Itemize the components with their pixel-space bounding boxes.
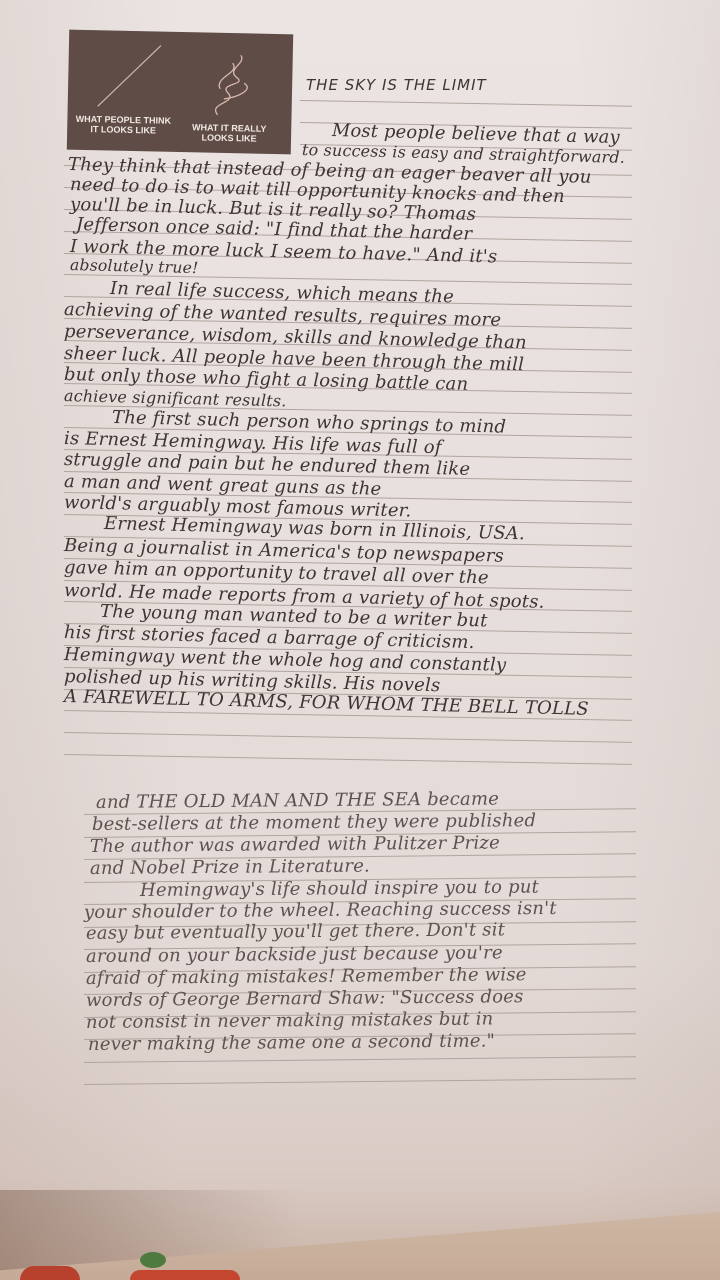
handwritten-line: Hemingway's life should inspire you to p…	[140, 877, 539, 901]
fruit-leaf	[140, 1252, 166, 1268]
infographic-caption-expectation: WHAT PEOPLE THINK IT LOOKS LIKE	[73, 114, 173, 136]
handwritten-line: not consist in never making mistakes but…	[86, 1008, 494, 1033]
fruit	[20, 1266, 80, 1280]
handwritten-line: around on your backside just because you…	[86, 942, 503, 967]
handwritten-line: The author was awarded with Pulitzer Pri…	[90, 832, 500, 857]
handwritten-line: easy but eventually you'll get there. Do…	[86, 919, 505, 944]
essay-title: THE SKY IS THE LIMIT	[306, 76, 487, 94]
handwritten-line: best-sellers at the moment they were pub…	[92, 810, 536, 835]
handwritten-line: words of George Bernard Shaw: "Success d…	[86, 986, 524, 1011]
success-infographic: WHAT PEOPLE THINK IT LOOKS LIKE WHAT IT …	[67, 30, 293, 155]
handwritten-line: never making the same one a second time.…	[88, 1030, 495, 1055]
infographic-caption-reality: WHAT IT REALLY LOOKS LIKE	[189, 122, 269, 144]
handwritten-line: and Nobel Prize in Literature.	[90, 856, 370, 879]
handwritten-line: absolutely true!	[70, 256, 199, 277]
fruit	[130, 1270, 240, 1280]
handwritten-line: and THE OLD MAN AND THE SEA became	[96, 788, 499, 813]
handwritten-line: afraid of making mistakes! Remember the …	[86, 964, 527, 989]
